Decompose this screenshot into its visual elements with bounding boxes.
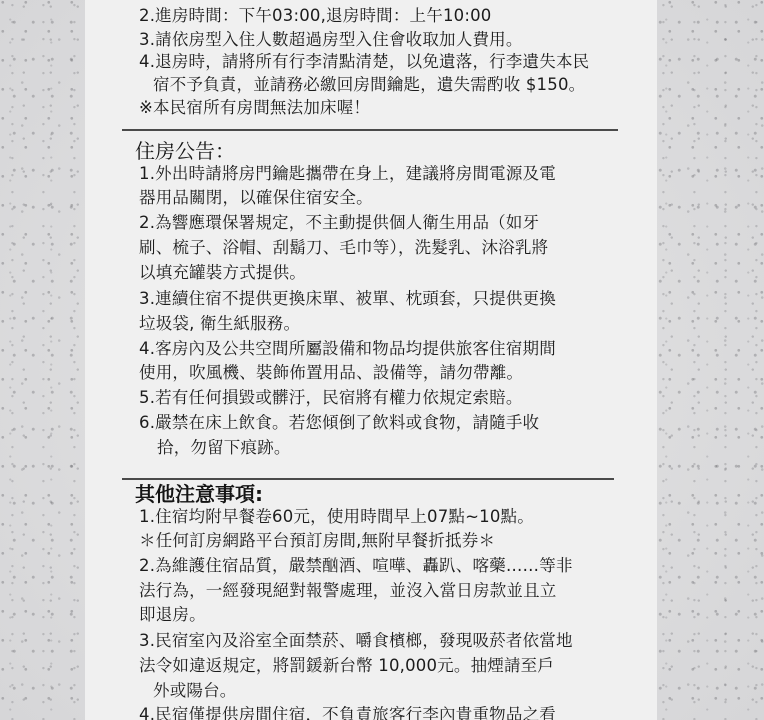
notice-item-1: 1.外出時請將房門鑰匙攜帶在身上，建議將房間電源及電 <box>139 164 556 184</box>
other-item-3: 3.民宿室內及浴室全面禁菸、嚼食檳榔，發現吸菸者依當地 <box>139 631 573 651</box>
other-item-4: 4.民宿僅提供房間住宿，不負責旅客行李內貴重物品之看 <box>139 705 556 720</box>
section-divider-2 <box>122 478 614 480</box>
other-item-2-cont-b: 即退房。 <box>139 605 206 625</box>
checkin-rule-3: 3.請依房型入住人數超過房型入住會收取加人費用。 <box>139 30 523 50</box>
other-item-3-cont-b: 外或陽台。 <box>153 681 237 701</box>
checkin-rule-2: 2.進房時間：下午03:00,退房時間：上午10:00 <box>139 6 492 26</box>
notice-item-2-cont-a: 刷、梳子、浴帽、刮鬍刀、毛巾等），洗髮乳、沐浴乳將 <box>139 238 548 258</box>
notice-item-2-cont-b: 以填充罐裝方式提供。 <box>139 263 306 283</box>
other-item-3-cont-a: 法令如違返規定，將罰鍰新台幣 10,000元。抽煙請至戶 <box>139 656 554 676</box>
notice-item-5: 5.若有任何損毀或髒汙，民宿將有權力依規定索賠。 <box>139 388 523 408</box>
notice-item-3: 3.連續住宿不提供更換床單、被單、枕頭套，只提供更換 <box>139 289 556 309</box>
section-divider-1 <box>122 129 618 131</box>
notice-item-6: 6.嚴禁在床上飲食。若您傾倒了飲料或食物，請隨手收 <box>139 413 539 433</box>
other-item-2-cont-a: 法行為，一經發現絕對報警處理，並沒入當日房款並且立 <box>139 581 557 601</box>
notice-item-1-cont: 器用品關閉，以確保住宿安全。 <box>139 188 373 208</box>
other-item-2: 2.為維護住宿品質，嚴禁酗酒、喧嘩、轟趴、喀藥……等非 <box>139 556 573 576</box>
other-heading: 其他注意事項: <box>135 482 263 506</box>
notice-heading: 住房公告： <box>135 139 235 163</box>
house-rules-panel: 2.進房時間：下午03:00,退房時間：上午10:00 3.請依房型入住人數超過… <box>85 0 657 720</box>
checkin-rule-4: 4.退房時，請將所有行李清點清楚，以免遺落，行李遺失本民 <box>139 52 589 72</box>
other-item-1-note: ＊任何訂房網路平台預訂房間,無附早餐折抵券＊ <box>139 531 495 551</box>
notice-item-4: 4.客房內及公共空間所屬設備和物品均提供旅客住宿期間 <box>139 339 556 359</box>
no-extra-bed-note: ※本民宿所有房間無法加床喔！ <box>139 98 370 118</box>
notice-item-2: 2.為響應環保署規定，不主動提供個人衛生用品（如牙 <box>139 213 539 233</box>
other-item-1: 1.住宿均附早餐卷60元，使用時間早上07點~10點。 <box>139 507 534 527</box>
notice-item-4-cont: 使用，吹風機、裝飾佈置用品、設備等，請勿帶離。 <box>139 363 523 383</box>
notice-item-3-cont: 垃圾袋, 衛生紙服務。 <box>139 314 300 334</box>
checkin-rule-4-cont: 宿不予負責，並請務必繳回房間鑰匙，遺失需酌收 $150。 <box>153 75 585 95</box>
notice-item-6-cont: 拾，勿留下痕跡。 <box>157 438 291 458</box>
